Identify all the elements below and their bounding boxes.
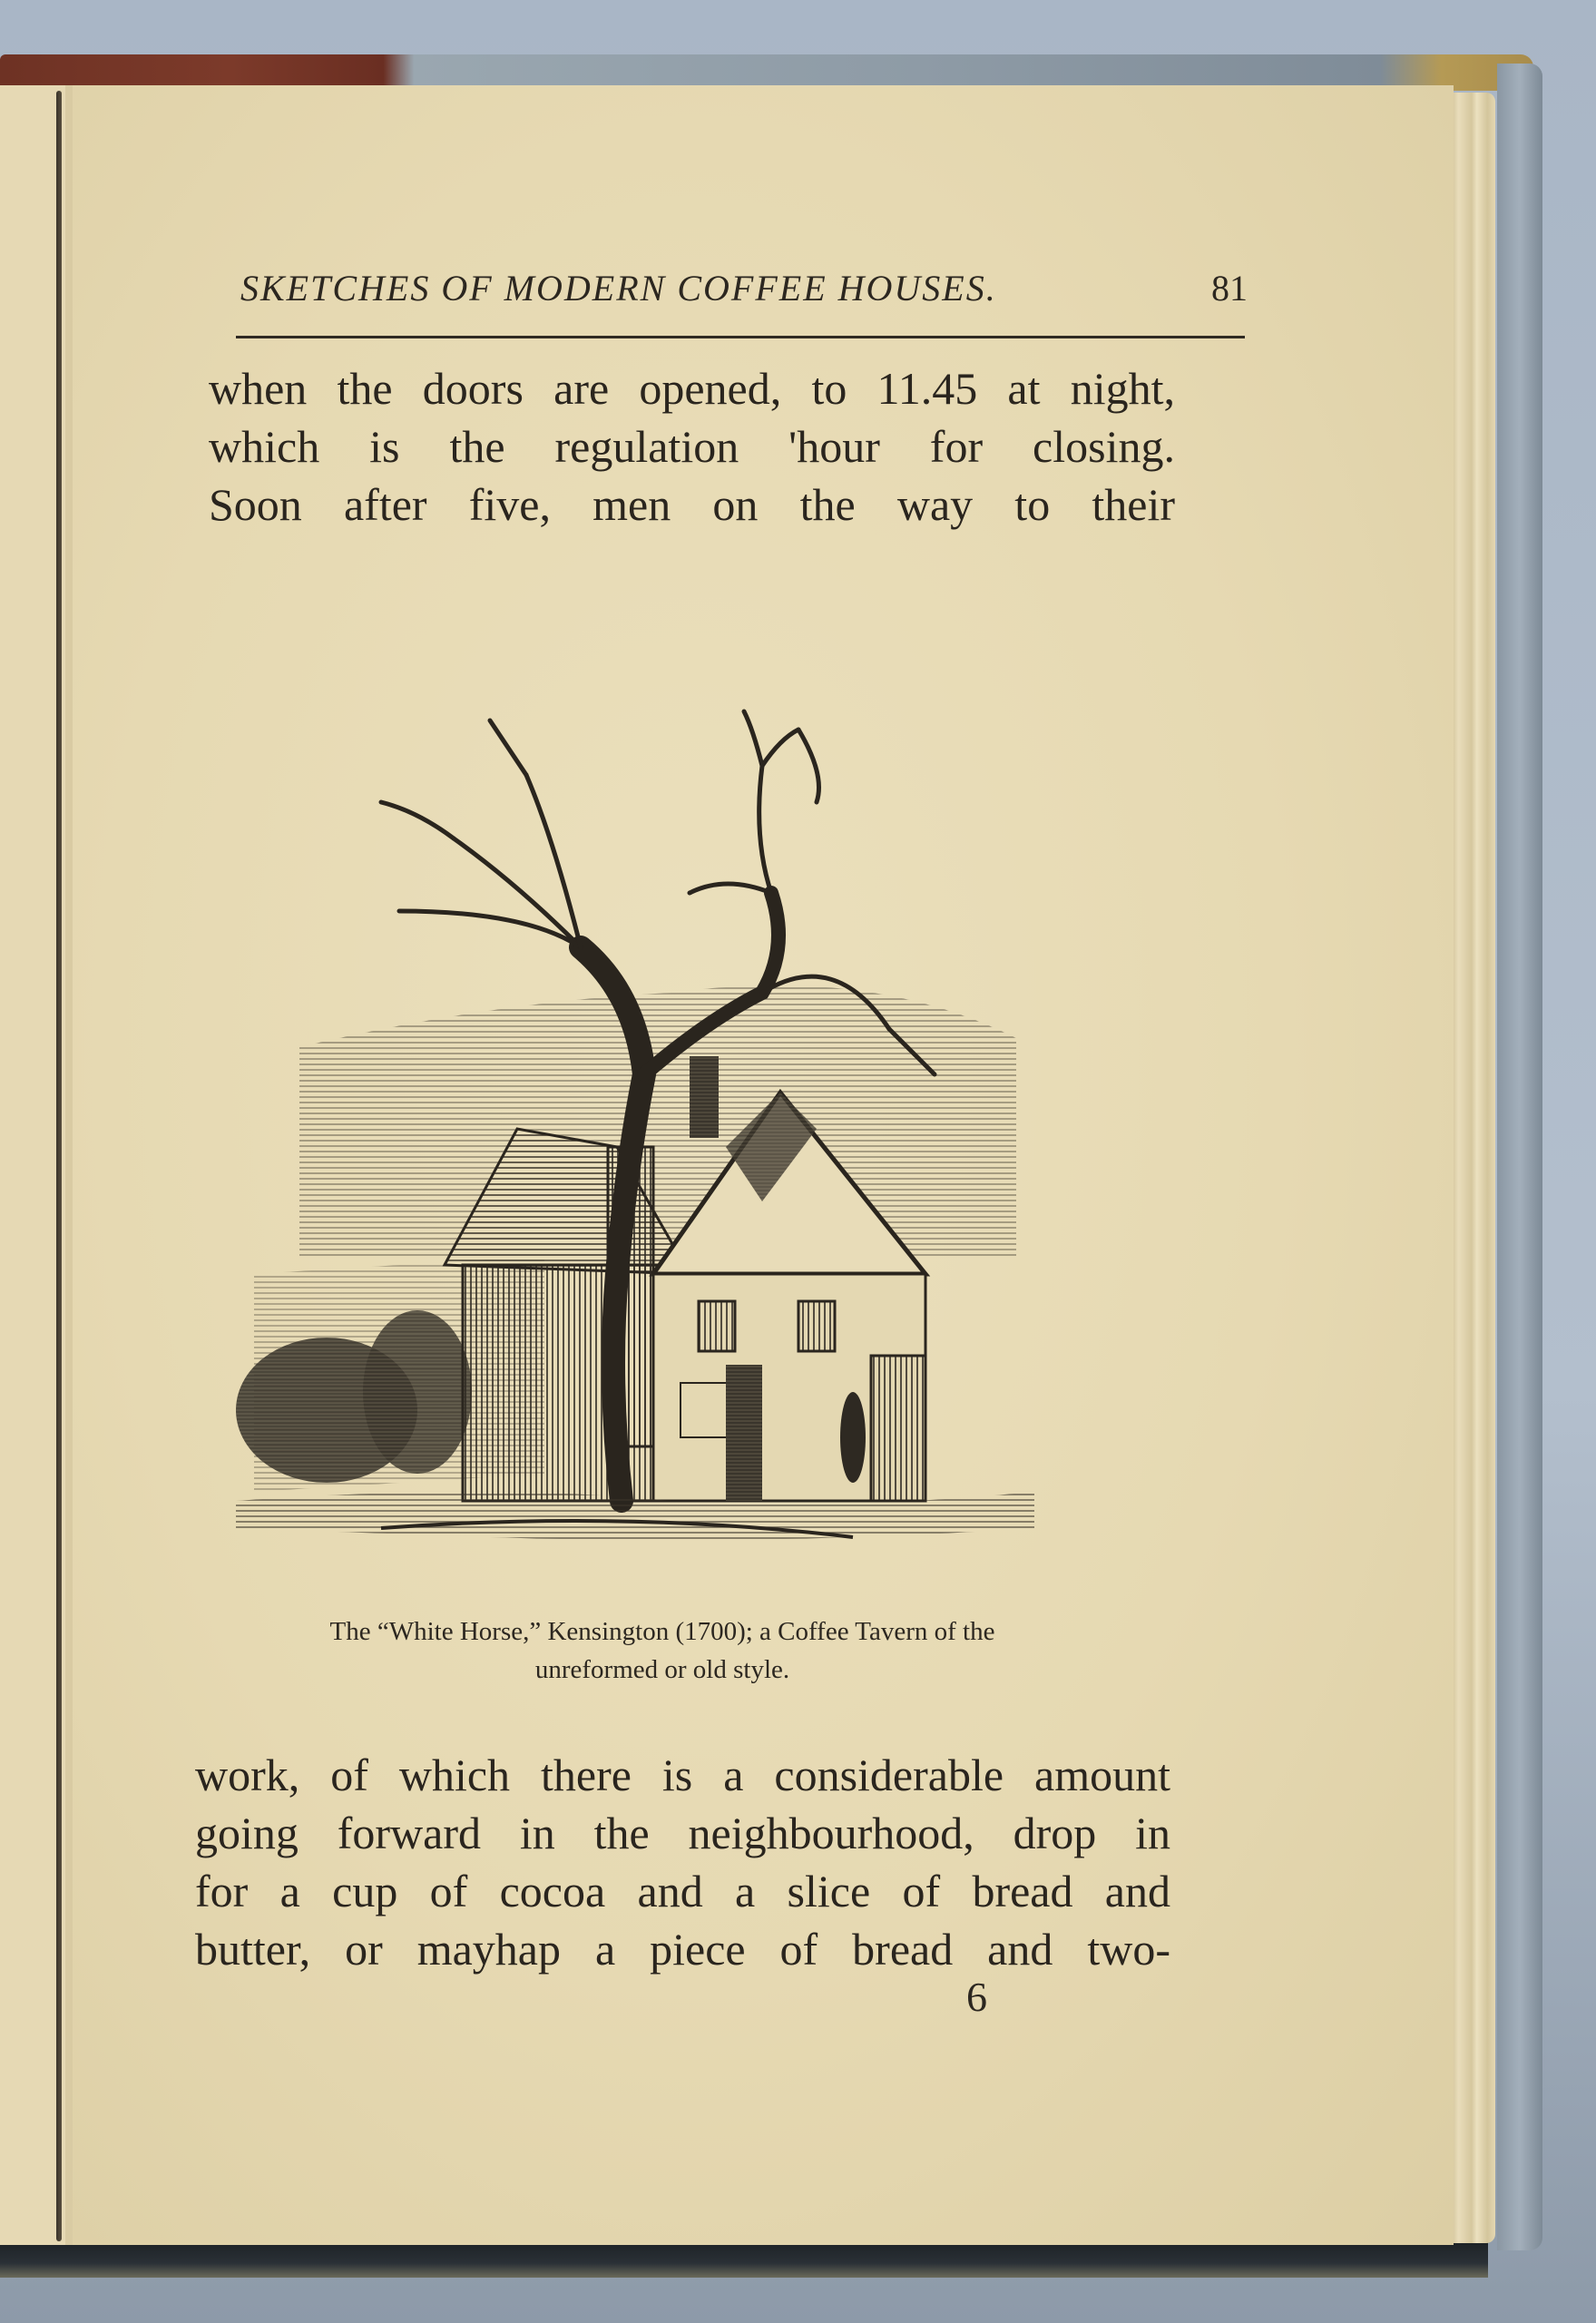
top-paragraph: when the doors are opened, to 11.45 at n… xyxy=(209,359,1175,534)
page-number: 81 xyxy=(1211,267,1248,309)
signature-mark: 6 xyxy=(966,1973,987,2021)
book-cover-bottom-edge xyxy=(0,2241,1488,2278)
book-page: SKETCHES OF MODERN COFFEE HOUSES. 81 whe… xyxy=(65,85,1454,2245)
text-line: for a cup of cocoa and a slice of bread … xyxy=(195,1862,1170,1920)
running-head-title: SKETCHES OF MODERN COFFEE HOUSES. xyxy=(240,267,997,309)
text-line: butter, or mayhap a piece of bread and t… xyxy=(195,1920,1170,1978)
text-line: when the doors are opened, to 11.45 at n… xyxy=(209,359,1175,417)
header-rule xyxy=(236,336,1245,338)
running-head: SKETCHES OF MODERN COFFEE HOUSES. 81 xyxy=(240,267,1248,309)
caption-line: unreformed or old style. xyxy=(172,1651,1152,1689)
figure-caption: The “White Horse,” Kensington (1700); a … xyxy=(172,1612,1152,1689)
caption-line: The “White Horse,” Kensington (1700); a … xyxy=(172,1612,1152,1651)
text-line: work, of which there is a considerable a… xyxy=(195,1746,1170,1804)
gutter-crease xyxy=(56,91,62,2241)
book-cover-right-edge xyxy=(1497,64,1542,2250)
text-line: which is the regulation 'hour for closin… xyxy=(209,417,1175,475)
engraving-illustration-icon xyxy=(218,566,1125,1701)
bottom-paragraph: work, of which there is a considerable a… xyxy=(195,1746,1170,1978)
text-line: Soon after five, men on the way to their xyxy=(209,475,1175,534)
text-line: going forward in the neighbourhood, drop… xyxy=(195,1804,1170,1862)
